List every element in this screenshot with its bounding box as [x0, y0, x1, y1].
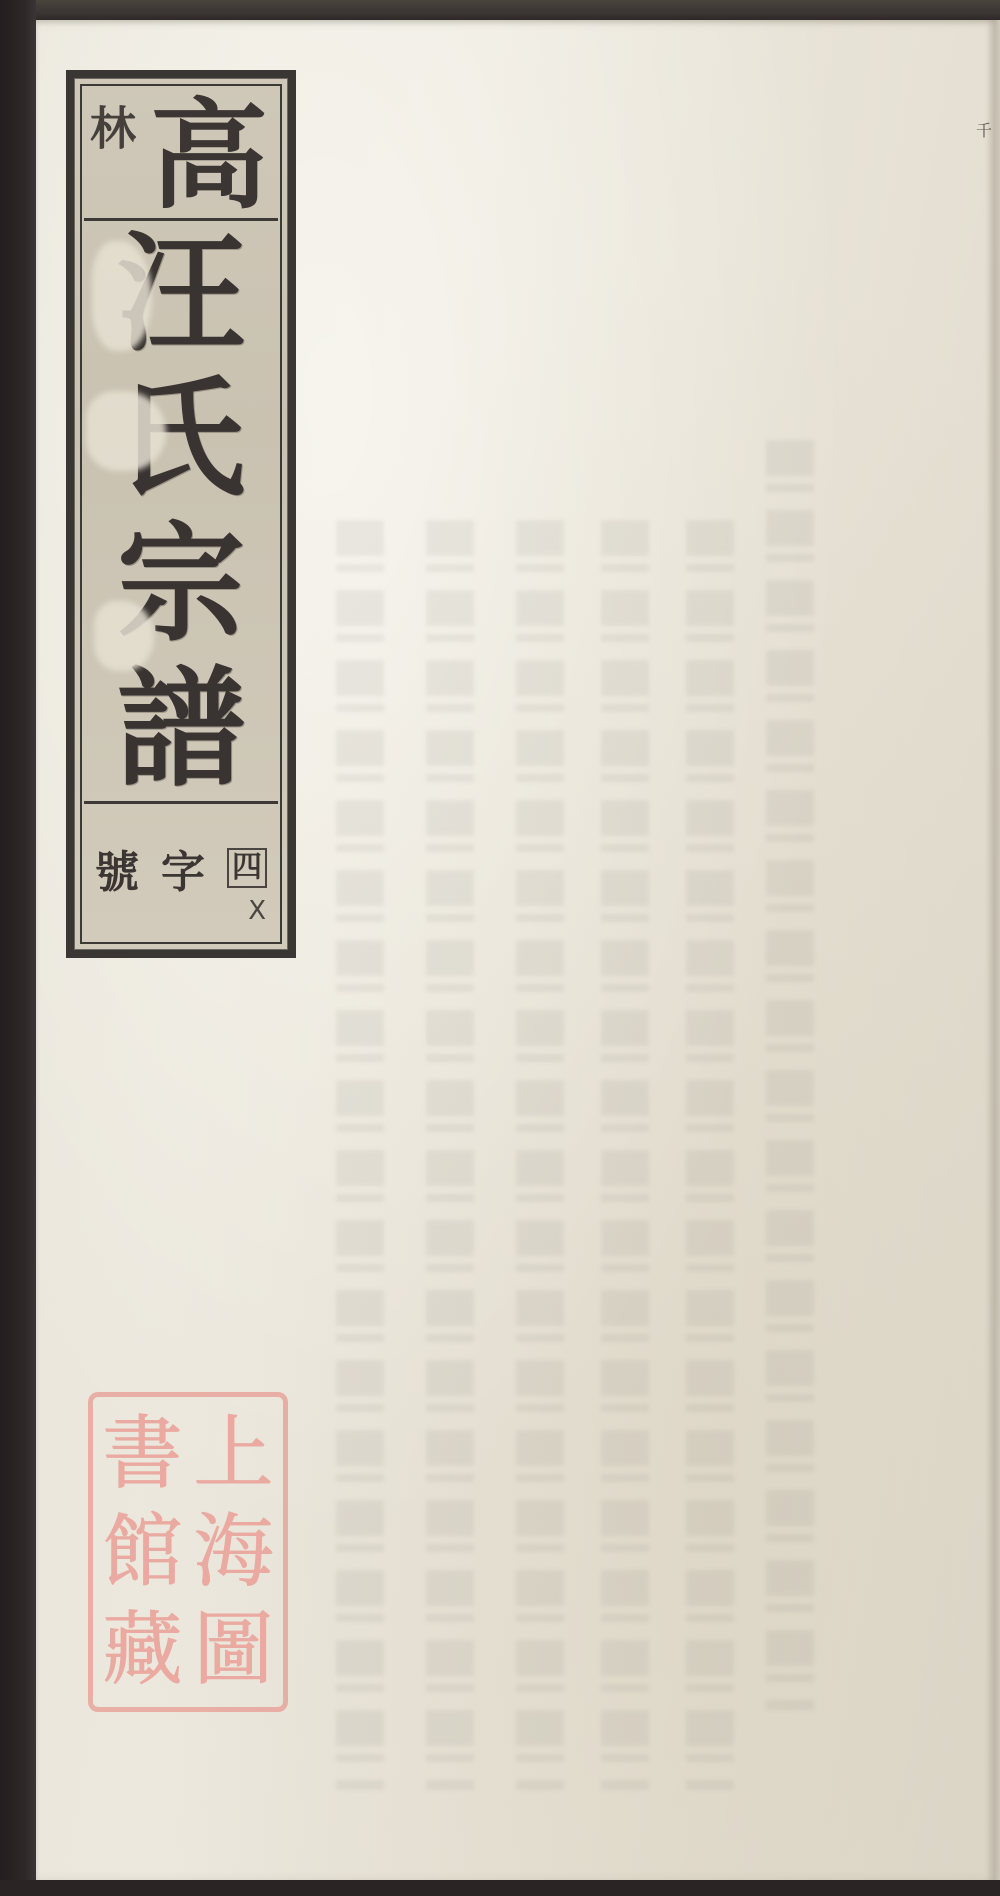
bleed-through-column [336, 520, 384, 1790]
bleed-through-column [516, 520, 564, 1790]
seal-char: 上 [194, 1408, 274, 1500]
margin-mark: 千 [976, 118, 992, 141]
library-seal: 上 海 圖 書 館 藏 [88, 1392, 288, 1712]
title-label-main-section: 汪 氏 宗 譜 [84, 221, 278, 804]
scanner-top-edge [0, 0, 1000, 22]
seal-char: 書 [103, 1408, 183, 1500]
title-label-place-section: 林 高 [84, 90, 278, 221]
volume-char: 字 [161, 836, 205, 900]
paper-wear-patch [86, 391, 166, 471]
scanned-page: 千 林 高 汪 氏 宗 譜 號 字 四 X [0, 0, 1000, 1896]
seal-left-column: 書 館 藏 [98, 1405, 188, 1699]
title-label: 林 高 汪 氏 宗 譜 號 字 四 X [66, 70, 296, 958]
volume-number: 號 字 四 [84, 836, 278, 900]
place-name-small: 林 [90, 104, 134, 150]
bleed-through-column [766, 440, 814, 1710]
bleed-through-column [601, 520, 649, 1790]
seal-char: 館 [103, 1506, 183, 1598]
paper-wear-patch [92, 241, 152, 351]
bleed-through-column [686, 520, 734, 1790]
page-fold-shadow [986, 20, 1000, 1882]
scanner-bottom-edge [0, 1880, 1000, 1896]
title-char: 譜 [117, 663, 245, 795]
seal-char: 圖 [194, 1604, 274, 1696]
seal-char: 海 [194, 1506, 274, 1598]
title-label-volume-section: 號 字 四 X [84, 806, 278, 934]
cross-mark: X [248, 896, 266, 926]
place-name-large: 高 [144, 96, 274, 216]
paper-wear-patch [94, 601, 154, 671]
seal-char: 藏 [103, 1604, 183, 1696]
seal-right-column: 上 海 圖 [189, 1405, 279, 1699]
volume-char-boxed: 四 [227, 848, 267, 888]
volume-char: 號 [95, 836, 139, 900]
bleed-through-column [426, 520, 474, 1790]
book-spine-edge [0, 0, 36, 1896]
